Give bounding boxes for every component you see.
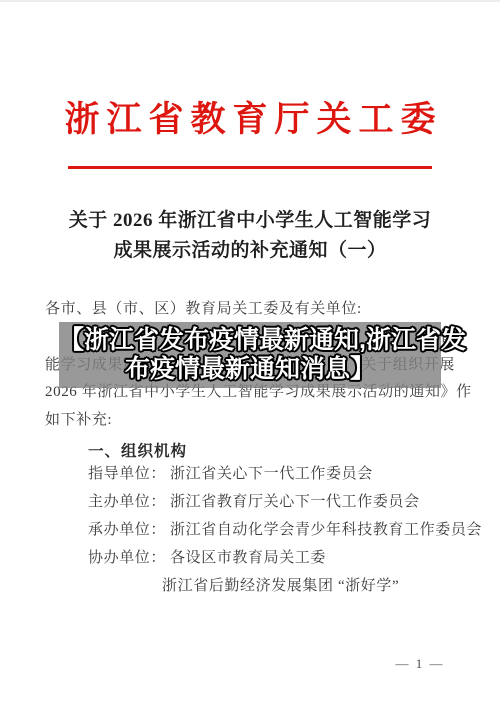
- censor-overlay: 【浙江省发布疫情最新通知,浙江省发 布疫情最新通知消息】: [59, 322, 441, 388]
- document-title-line1: 关于 2026 年浙江省中小学生人工智能学习: [0, 206, 500, 236]
- document-title-line2: 成果展示活动的补充通知（一）: [0, 236, 500, 266]
- letterhead-org-name: 浙江省教育厅关工委: [0, 92, 500, 142]
- org-row-organizer: 承办单位：浙江省自动化学会青少年科技教育工作委员会: [88, 518, 482, 539]
- salutation: 各市、县（市、区）教育局关工委及有关单位:: [45, 301, 362, 318]
- letterhead-divider: [68, 166, 432, 169]
- org-label: 指导单位：: [88, 466, 166, 482]
- org-row-co-organizer-continued: 浙江省后勤经济发展集团 “浙好学”: [158, 574, 399, 595]
- org-value: 浙江省后勤经济发展集团 “浙好学”: [162, 578, 399, 594]
- document-title: 关于 2026 年浙江省中小学生人工智能学习 成果展示活动的补充通知（一）: [0, 206, 500, 266]
- org-row-co-organizer: 协办单位：各设区市教育局关工委: [88, 546, 326, 567]
- org-label: 承办单位：: [88, 522, 166, 538]
- document-page: 浙江省教育厅关工委 关于 2026 年浙江省中小学生人工智能学习 成果展示活动的…: [0, 0, 500, 706]
- page-number: — 1 —: [370, 656, 470, 672]
- paragraph-line4: 如下补充:: [45, 412, 112, 429]
- org-row-host: 主办单位：浙江省教育厅关心下一代工作委员会: [88, 490, 420, 511]
- org-value: 浙江省自动化学会青少年科技教育工作委员会: [170, 522, 482, 538]
- org-value: 浙江省教育厅关心下一代工作委员会: [170, 494, 420, 510]
- org-value: 浙江省关心下一代工作委员会: [170, 466, 373, 482]
- section-heading-organization: 一、组织机构: [88, 439, 187, 461]
- org-label: 协办单位：: [88, 550, 166, 566]
- overlay-headline-line2: 布疫情最新通知消息】: [59, 355, 441, 384]
- org-value: 各设区市教育局关工委: [170, 550, 326, 566]
- overlay-headline-line1: 【浙江省发布疫情最新通知,浙江省发: [59, 326, 441, 355]
- org-row-guidance: 指导单位：浙江省关心下一代工作委员会: [88, 462, 373, 483]
- org-label: 主办单位：: [88, 494, 166, 510]
